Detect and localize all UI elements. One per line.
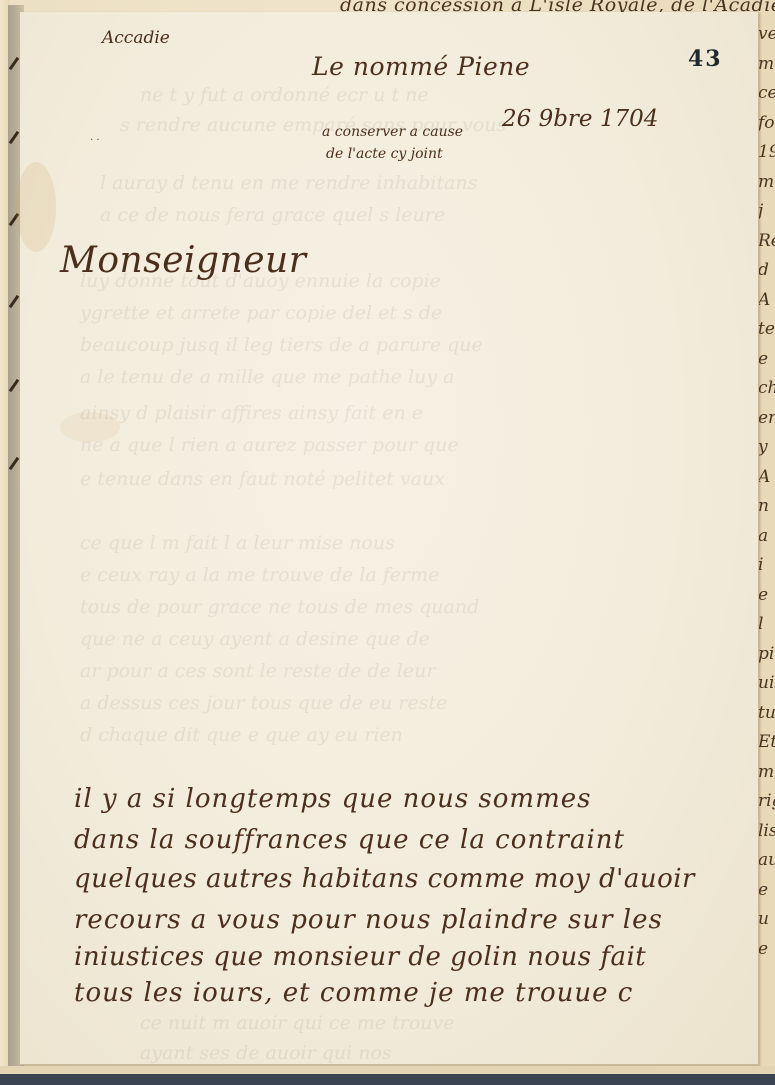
margin-fragment: ve (758, 20, 775, 50)
margin-fragment: e (758, 935, 775, 965)
folio-number: 43 (688, 46, 723, 72)
margin-fragment: j (758, 197, 775, 227)
bleed-through-text: ne a que l rien a aurez passer pour que (80, 434, 459, 456)
bleed-through-text: e ceux ray a la me trouve de la ferme (80, 564, 439, 586)
bleed-through-text: ce nuit m auoir qui ce me trouve (140, 1012, 455, 1034)
bleed-through-text: ayant ses de auoir qui nos (140, 1042, 392, 1064)
margin-fragment: u (758, 905, 775, 935)
bleed-through-text: tous de pour grace ne tous de mes quand (80, 596, 479, 618)
margin-fragment: n (758, 492, 775, 522)
salutation: Monseigneur (60, 240, 306, 281)
margin-fragment: au (758, 846, 775, 876)
body-line: dans la souffrances que ce la contraint (74, 825, 625, 855)
body-line: il y a si longtemps que nous sommes (74, 784, 591, 814)
bleed-through-text: ygrette et arrete par copie del et s de (80, 302, 442, 324)
margin-fragment: e (758, 581, 775, 611)
margin-fragment: mis (758, 758, 775, 788)
bleed-through-text: ce que l m fait l a leur mise nous (80, 532, 395, 554)
margin-fragment: Eta (758, 728, 775, 758)
margin-fragment: rig (758, 787, 775, 817)
margin-fragment: Re (758, 227, 775, 257)
body-line: tous les iours, et comme je me trouue c (74, 978, 633, 1008)
location-note: Accadie (102, 28, 170, 48)
margin-fragment: l (758, 610, 775, 640)
bleed-through-text: a le tenu de a mille que me pathe luy a (80, 366, 455, 388)
margin-fragment: pi (758, 640, 775, 670)
bleed-through-text: a ce de nous fera grace quel s leure (100, 204, 445, 226)
scan-background (0, 1074, 775, 1085)
margin-fragment: fo (758, 109, 775, 139)
bleed-through-text: que ne a ceuy ayent a desine que de (80, 628, 430, 650)
margin-fragment: ce (758, 79, 775, 109)
margin-fragment: tu (758, 699, 775, 729)
margin-fragment: lis (758, 817, 775, 847)
margin-fragment: me (758, 50, 775, 80)
margin-fragment: 19 (758, 138, 775, 168)
margin-fragment: te (758, 315, 775, 345)
document-title: Le nommé Piene (312, 52, 530, 81)
margin-fragment: e (758, 345, 775, 375)
bleed-through-text: l auray d tenu en me rendre inhabitans (100, 172, 477, 194)
bleed-through-text: ar pour a ces sont le reste de de leur (80, 660, 435, 682)
margin-fragment: ch (758, 374, 775, 404)
margin-fragment: i (758, 551, 775, 581)
archival-note-line-1: a conserver a cause (322, 124, 463, 140)
margin-fragment: a (758, 522, 775, 552)
margin-fragment: y (758, 433, 775, 463)
archival-note-line-2: de l'acte cy joint (326, 146, 443, 162)
paper-stain (16, 162, 56, 252)
archival-date: 26 9bre 1704 (502, 106, 658, 132)
bleed-through-text: ne t y fut a ordonné ecr u t ne (140, 84, 429, 106)
body-line: quelques autres habitans comme moy d'auo… (74, 864, 695, 894)
margin-fragment: e (758, 876, 775, 906)
margin-fragment: m (758, 168, 775, 198)
bleed-through-text: beaucoup jusq il leg tiers de a parure q… (80, 334, 483, 356)
margin-dots: . . (90, 132, 100, 143)
bleed-through-text: ainsy d plaisir affires ainsy fait en e (80, 402, 423, 424)
margin-fragment: d (758, 256, 775, 286)
margin-fragment: A (758, 463, 775, 493)
underlying-page-bottom-edge (0, 1066, 775, 1074)
letter-sheet: ne t y fut a ordonné ecr u t ne s rendre… (20, 12, 759, 1065)
body-line: iniustices que monsieur de golin nous fa… (74, 942, 646, 972)
margin-fragment: A (758, 286, 775, 316)
bleed-through-text: a dessus ces jour tous que de eu reste (80, 692, 447, 714)
manuscript-scan: dans concession a L'isle Royale, de l'Ac… (0, 0, 775, 1085)
bleed-through-text: d chaque dit que e que ay eu rien (80, 724, 403, 746)
bleed-through-text: e tenue dans en faut noté pelitet vaux (80, 468, 445, 490)
margin-fragment: uis (758, 669, 775, 699)
body-line: recours a vous pour nous plaindre sur le… (74, 905, 663, 935)
underlying-page-margin-fragments: vemecefo19mjRedAteechenyAnaielpiuistuEta… (758, 20, 775, 964)
margin-fragment: en (758, 404, 775, 434)
